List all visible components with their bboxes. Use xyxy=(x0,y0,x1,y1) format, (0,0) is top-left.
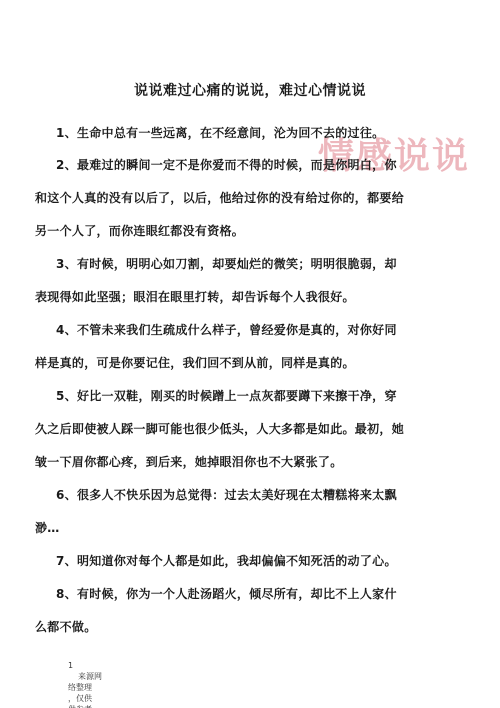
footer-line: 供参考 xyxy=(68,704,102,708)
paragraph-line: 久之后即使被人踩一脚可能也很少低头，人大多都是如此。最初，她 xyxy=(35,420,465,437)
page-footer: 1 来源网 络整理 ，仅供 供参考 xyxy=(68,660,102,708)
paragraph-line: 样是真的，可是你要记住，我们回不到从前，同样是真的。 xyxy=(35,354,465,371)
footer-line: 来源网 xyxy=(68,671,102,682)
paragraph-line: 表现得如此坚强；眼泪在眼里打转，却告诉每个人我很好。 xyxy=(35,288,465,305)
paragraph-line: 和这个人真的没有以后了，以后，他给过你的没有给过你的，都要给 xyxy=(35,189,465,206)
footer-line: 络整理 xyxy=(68,682,102,693)
paragraph-line: 7、明知道你对每个人都是如此，我却偏偏不知死活的动了心。 xyxy=(56,552,486,569)
paragraph-line: 另一个人了，而你连眼红都没有资格。 xyxy=(35,222,465,239)
paragraph-line: 皱一下眉你都心疼，到后来，她掉眼泪你也不大紧张了。 xyxy=(35,453,465,470)
paragraph-line: 么都不做。 xyxy=(35,618,465,635)
paragraph-line: 5、好比一双鞋，刚买的时候蹭上一点灰都要蹲下来擦干净，穿 xyxy=(56,387,486,404)
document-title: 说说难过心痛的说说，难过心情说说 xyxy=(0,80,500,100)
paragraph-line: 3、有时候，明明心如刀割，却要灿烂的微笑；明明很脆弱，却 xyxy=(56,255,486,272)
paragraph-line: 渺… xyxy=(35,519,465,536)
paragraph-line: 4、不管未来我们生疏成什么样子，曾经爱你是真的，对你好同 xyxy=(56,321,486,338)
paragraph-line: 1、生命中总有一些远离，在不经意间，沦为回不去的过往。 xyxy=(56,124,486,141)
page-number: 1 xyxy=(68,660,102,671)
footer-line: ，仅供 xyxy=(68,693,102,704)
paragraph-line: 2、最难过的瞬间一定不是你爱而不得的时候，而是你明白，你 xyxy=(56,156,486,173)
paragraph-line: 6、很多人不快乐因为总觉得：过去太美好现在太糟糕将来太飘 xyxy=(56,486,486,503)
paragraph-line: 8、有时候，你为一个人赴汤蹈火，倾尽所有，却比不上人家什 xyxy=(56,585,486,602)
